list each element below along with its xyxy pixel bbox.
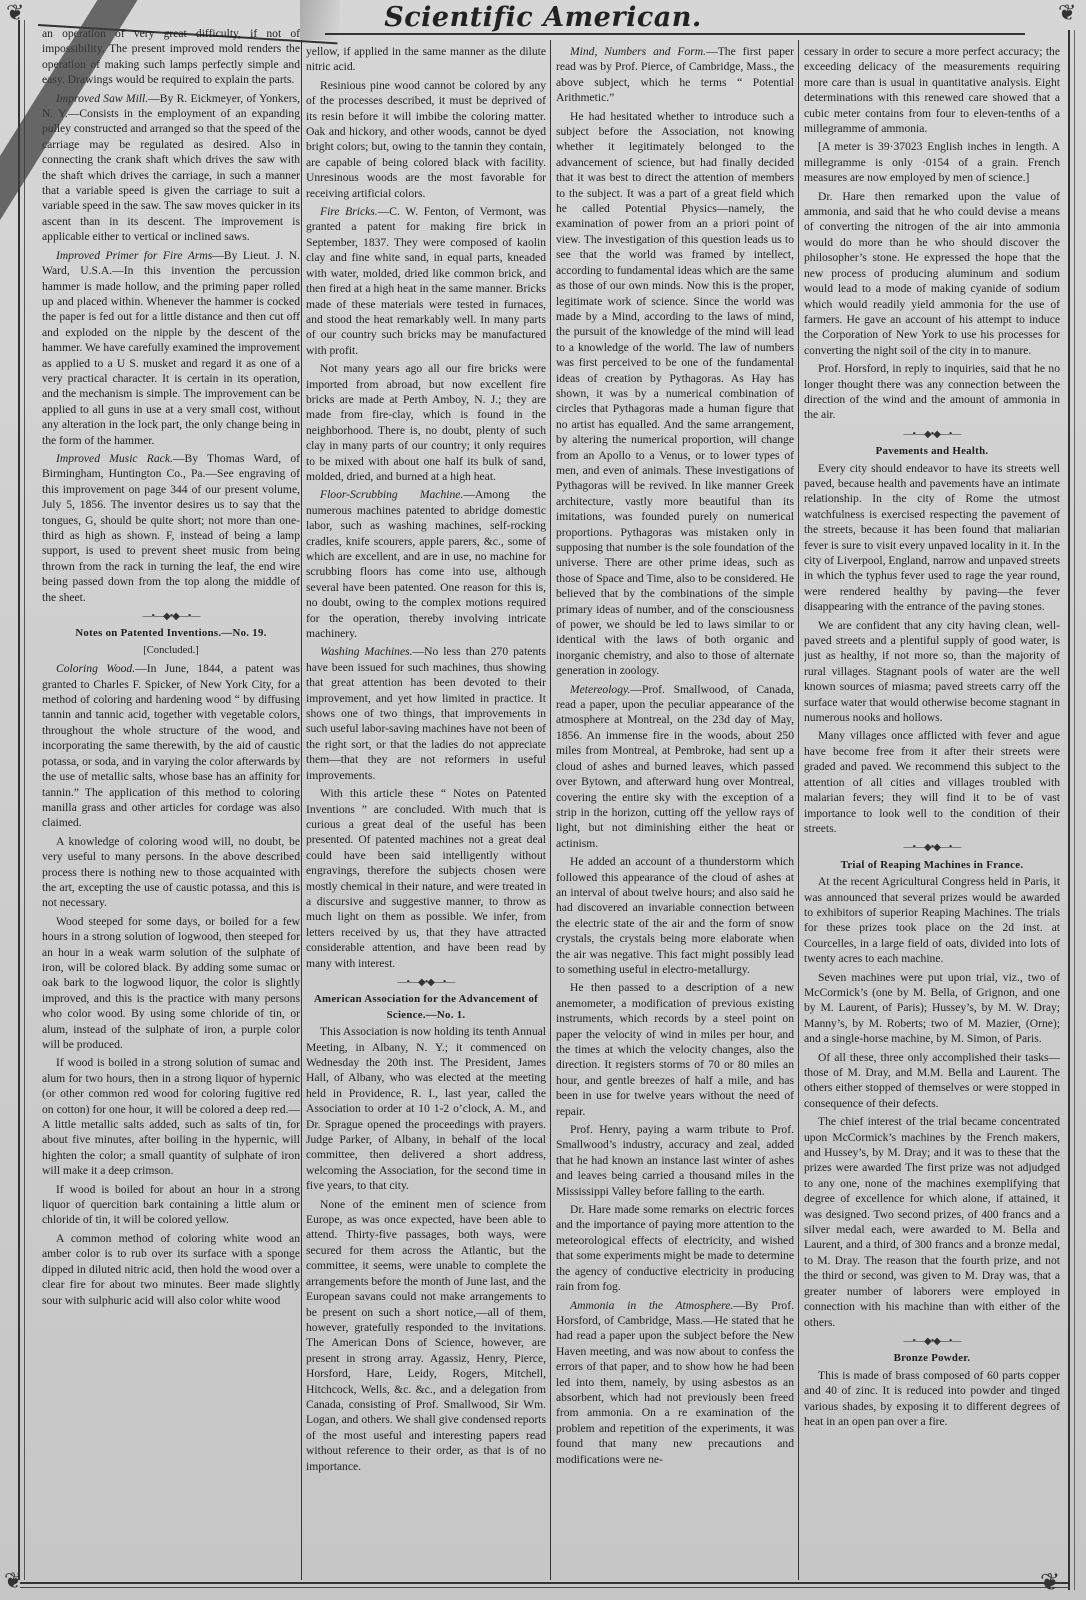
corner-ornament-icon: ❦ [1058,0,1076,26]
page-border-right-inner [1074,30,1075,1590]
article-lead: Improved Primer for Fire Arms [56,249,212,262]
section-subheading: [Concluded.] [42,643,300,658]
article-metereology: Metereology.—Prof. Smallwood, of Canada,… [556,682,794,851]
article-ammonia: Ammonia in the Atmosphere.—By Prof. Hors… [556,1298,794,1467]
masthead-rule [325,33,1025,35]
paragraph: This Association is now holding its tent… [306,1024,546,1193]
article-lead: Mind, Numbers and Form. [570,45,706,58]
article-body: —Among the numerous machines patented to… [306,488,546,640]
article-lead: Coloring Wood. [56,662,135,675]
paragraph: At the recent Agricultural Congress held… [804,874,1060,966]
paragraph: Not many years ago all our fire bricks w… [306,361,546,484]
article-body: —By Lieut. J. N. Ward, U.S.A.—In this in… [42,249,300,447]
paragraph: Dr. Hare made some remarks on electric f… [556,1202,794,1294]
divider-ornament-icon: —•—◆•◆—•— [143,611,200,622]
article-primer: Improved Primer for Fire Arms—By Lieut. … [42,248,300,448]
section-divider: —•—◆•◆—•— [804,1334,1060,1349]
article-mind-numbers-form: Mind, Numbers and Form.—The first paper … [556,44,794,106]
article-lead: Metereology. [570,683,630,696]
section-divider: —•—◆•◆—•— [804,427,1060,442]
divider-ornament-icon: —•—◆•◆—•— [398,977,455,988]
paragraph: He then passed to a description of a new… [556,980,794,1119]
article-body: —By Thomas Ward, of Birmingham, Huntingt… [42,452,300,604]
paragraph: Dr. Hare then remarked upon the value of… [804,189,1060,358]
article-lead: Improved Music Rack. [56,452,173,465]
divider-ornament-icon: —•—◆•◆—•— [904,842,961,853]
article-lead: Floor-Scrubbing Machine. [320,488,463,501]
divider-ornament-icon: —•—◆•◆—•— [904,429,961,440]
section-heading: Bronze Powder. [804,1351,1060,1366]
paragraph: Prof. Horsford, in reply to inquiries, s… [804,361,1060,423]
column-rule [550,40,551,1580]
corner-ornament-icon: ❦ [6,0,24,26]
paragraph: Every city should endeavor to have its s… [804,461,1060,615]
paragraph: He had hesitated whether to introduce su… [556,109,794,679]
paragraph: With this article these “ Notes on Paten… [306,786,546,971]
section-heading: Trial of Reaping Machines in France. [804,858,1060,873]
paragraph: He added an account of a thunderstorm wh… [556,854,794,977]
article-fire-bricks: Fire Bricks.—C. W. Fenton, of Vermont, w… [306,204,546,358]
paragraph: If wood is boiled for about an hour in a… [42,1182,300,1228]
article-body: —By R. Eickmeyer, of Yonkers, N. Y.—Cons… [42,92,300,244]
page-border-left-inner [24,20,25,1580]
column-4: cessary in order to secure a more perfec… [804,44,1060,1574]
article-body: —C. W. Fenton, of Vermont, was granted a… [306,205,546,357]
column-rule [798,40,799,1580]
newspaper-page: Scientific American. ❦ ❦ ❦ ❦ an operatio… [0,0,1086,1600]
paragraph: cessary in order to secure a more perfec… [804,44,1060,136]
column-rule [301,40,302,1580]
page-border-bottom-inner [20,1587,1070,1588]
paragraph: Prof. Henry, paying a warm tribute to Pr… [556,1122,794,1199]
paragraph: Wood steeped for some days, or boiled fo… [42,914,300,1053]
section-divider: —•—◆•◆—•— [42,609,300,624]
divider-ornament-icon: —•—◆•◆—•— [904,1336,961,1347]
article-lead: Improved Saw Mill. [56,92,148,105]
article-lead: Fire Bricks. [320,205,378,218]
article-coloring-wood: Coloring Wood.—In June, 1844, a patent w… [42,661,300,830]
article-lead: Washing Machines. [320,645,413,658]
article-lead: Ammonia in the Atmosphere. [570,1299,733,1312]
paragraph: A common method of coloring white wood a… [42,1231,300,1308]
section-divider: —•—◆•◆—•— [306,975,546,990]
page-border-left [18,20,20,1580]
page-border-bottom [20,1582,1070,1584]
paragraph: Of all these, three only accomplished th… [804,1050,1060,1112]
paragraph: Resinious pine wood cannot be colored by… [306,78,546,201]
paragraph: The chief interest of the trial became c… [804,1114,1060,1330]
article-floor-scrubbing: Floor-Scrubbing Machine.—Among the numer… [306,487,546,641]
section-heading: Notes on Patented Inventions.—No. 19. [42,626,300,641]
paragraph: This is made of brass composed of 60 par… [804,1368,1060,1430]
paragraph: A knowledge of coloring wood will, no do… [42,834,300,911]
paragraph: We are confident that any city having cl… [804,618,1060,726]
page-border-right [1068,30,1070,1590]
article-body: —In June, 1844, a patent was granted to … [42,662,300,829]
article-body: —No less than 270 patents have been issu… [306,645,546,781]
article-body: —Prof. Smallwood, of Canada, read a pape… [556,683,794,850]
paragraph: Seven machines were put upon trial, viz.… [804,970,1060,1047]
paragraph: If wood is boiled in a strong solution o… [42,1055,300,1178]
paragraph: Many villages once afflicted with fever … [804,728,1060,836]
section-heading: Pavements and Health. [804,444,1060,459]
section-heading: American Association for the Advancement… [306,992,546,1023]
section-divider: —•—◆•◆—•— [804,840,1060,855]
paragraph: yellow, if applied in the same manner as… [306,44,546,75]
paragraph: None of the eminent men of science from … [306,1197,546,1474]
column-3: Mind, Numbers and Form.—The first paper … [556,44,794,1574]
article-music-rack: Improved Music Rack.—By Thomas Ward, of … [42,451,300,605]
column-2: yellow, if applied in the same manner as… [306,44,546,1574]
article-body: —By Prof. Horsford, of Cambridge, Mass.—… [556,1299,794,1466]
corner-ornament-icon: ❦ [4,1568,22,1594]
article-saw-mill: Improved Saw Mill.—By R. Eickmeyer, of Y… [42,91,300,245]
paragraph: an operation of very great difficulty, i… [42,26,300,88]
article-washing-machines: Washing Machines.—No less than 270 paten… [306,644,546,783]
paragraph: [A meter is 39·37023 English inches in l… [804,139,1060,185]
column-1: an operation of very great difficulty, i… [42,26,300,1556]
